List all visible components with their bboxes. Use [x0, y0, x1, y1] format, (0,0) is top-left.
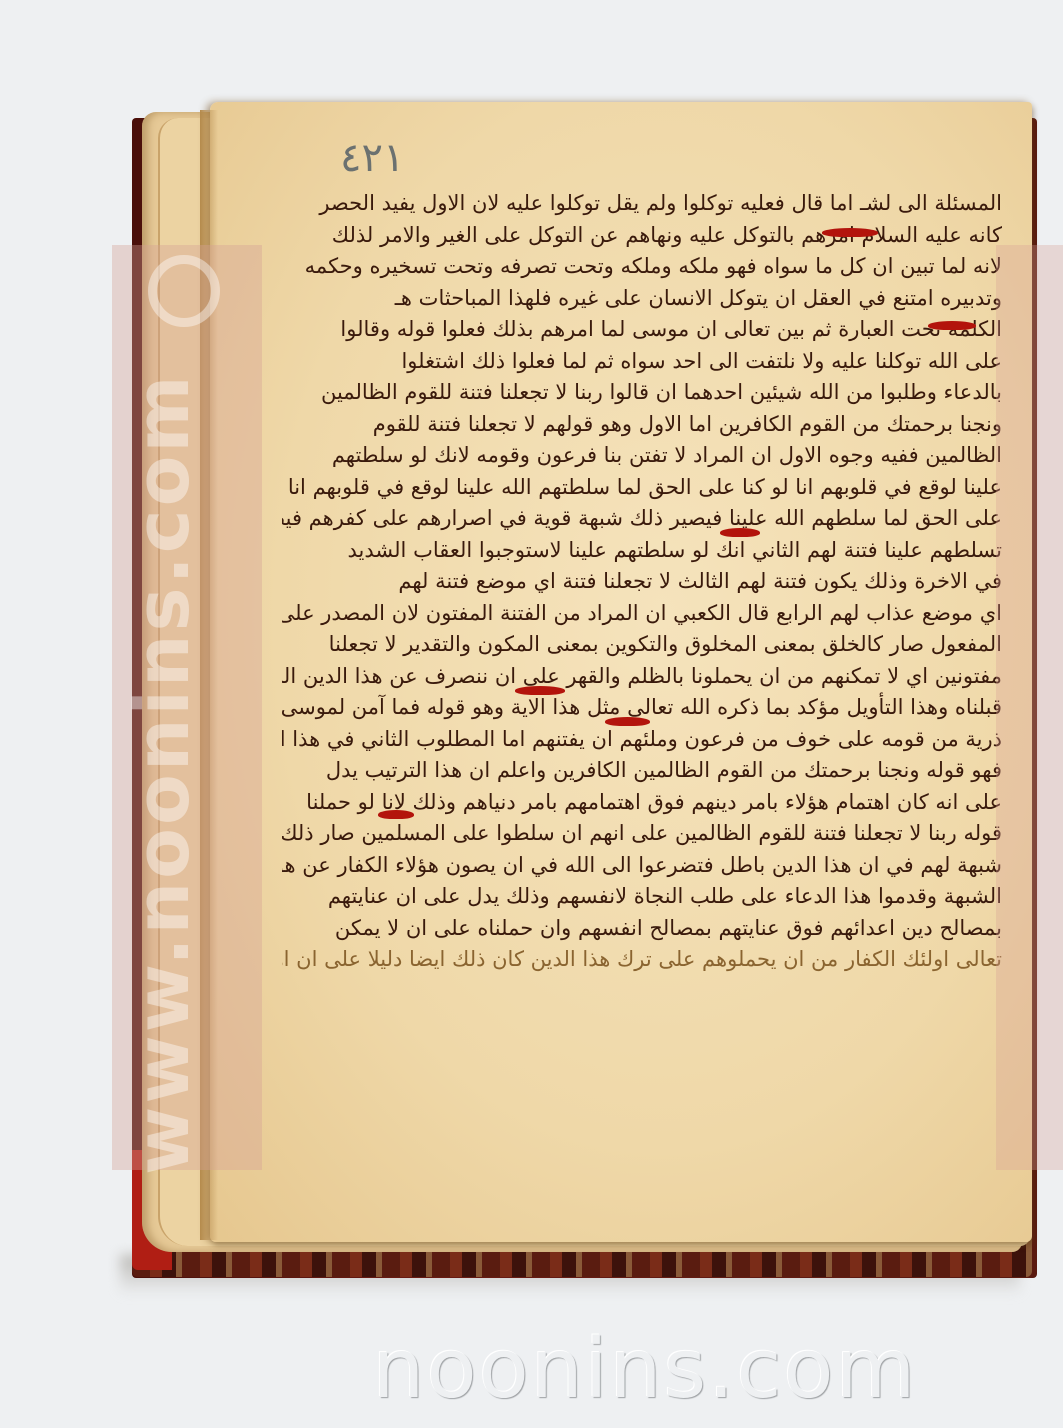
manuscript-line: شبهة لهم في ان هذا الدين باطل فتضرعوا ال… [282, 850, 1002, 882]
manuscript-line: الشبهة وقدموا هذا الدعاء على طلب النجاة … [282, 881, 1002, 913]
rubric-mark [378, 810, 414, 819]
rubric-mark [720, 528, 760, 537]
manuscript-line: ذرية من قومه على خوف من فرعون وملئهم ان … [282, 724, 1002, 756]
rubric-mark [605, 717, 650, 726]
manuscript-line: قوله ربنا لا تجعلنا فتنة للقوم الظالمين … [282, 818, 1002, 850]
copyright-icon [148, 255, 220, 327]
manuscript-line: الظالمين ففيه وجوه الاول ان المراد لا تف… [282, 440, 1002, 472]
manuscript-line: اي موضع عذاب لهم الرابع قال الكعبي ان ال… [282, 598, 1002, 630]
manuscript-line: بالدعاء وطلبوا من الله شيئين احدهما ان ق… [282, 377, 1002, 409]
manuscript-line: لانه لما تبين ان كل ما سواه فهو ملكه ومل… [282, 251, 1002, 283]
manuscript-line: بمصالح دين اعدائهم فوق عنايتهم بمصالح ان… [282, 913, 1002, 945]
manuscript-line-faded: تعالى اولئك الكفار من ان يحملوهم على ترك… [282, 944, 1002, 976]
manuscript-line: وتدبيره امتنع في العقل ان يتوكل الانسان … [282, 283, 1002, 315]
manuscript-line: تسلطهم علينا فتنة لهم الثاني انك لو سلطت… [282, 535, 1002, 567]
manuscript-line: المسئلة الى لشـ اما قال فعليه توكلوا ولم… [282, 188, 1002, 220]
manuscript-line: علينا لوقع في قلوبهم انا لو كنا على الحق… [282, 472, 1002, 504]
manuscript-line: فهو قوله ونجنا برحمتك من القوم الظالمين … [282, 755, 1002, 787]
manuscript-line: الكلمة تحت العبارة ثم بين تعالى ان موسى … [282, 314, 1002, 346]
rubric-mark [928, 321, 976, 330]
folio-number: ٤٢١ [340, 135, 404, 181]
watermark-vertical-text: www.noonins.com [120, 372, 206, 1175]
manuscript-line: على الحق لما سلطهم الله علينا فيصير ذلك … [282, 503, 1002, 535]
rubric-mark [822, 228, 878, 237]
manuscript-line: في الاخرة وذلك يكون فتنة لهم الثالث لا ت… [282, 566, 1002, 598]
manuscript-line: على الله توكلنا عليه ولا نلتفت الى احد س… [282, 346, 1002, 378]
watermark-bottom-text: noonins.com [340, 1330, 950, 1410]
rubric-mark [515, 686, 565, 695]
manuscript-line: كانه عليه السلام امرهم بالتوكل عليه ونها… [282, 220, 1002, 252]
manuscript-line: المفعول صار كالخلق بمعنى المخلوق والتكوي… [282, 629, 1002, 661]
manuscript-line: ونجنا برحمتك من القوم الكافرين اما الاول… [282, 409, 1002, 441]
watermark-panel-right [996, 245, 1063, 1170]
manuscript-text-block: المسئلة الى لشـ اما قال فعليه توكلوا ولم… [282, 188, 1002, 976]
manuscript-line: مفتونين اي لا تمكنهم من ان يحملونا بالظل… [282, 661, 1002, 693]
